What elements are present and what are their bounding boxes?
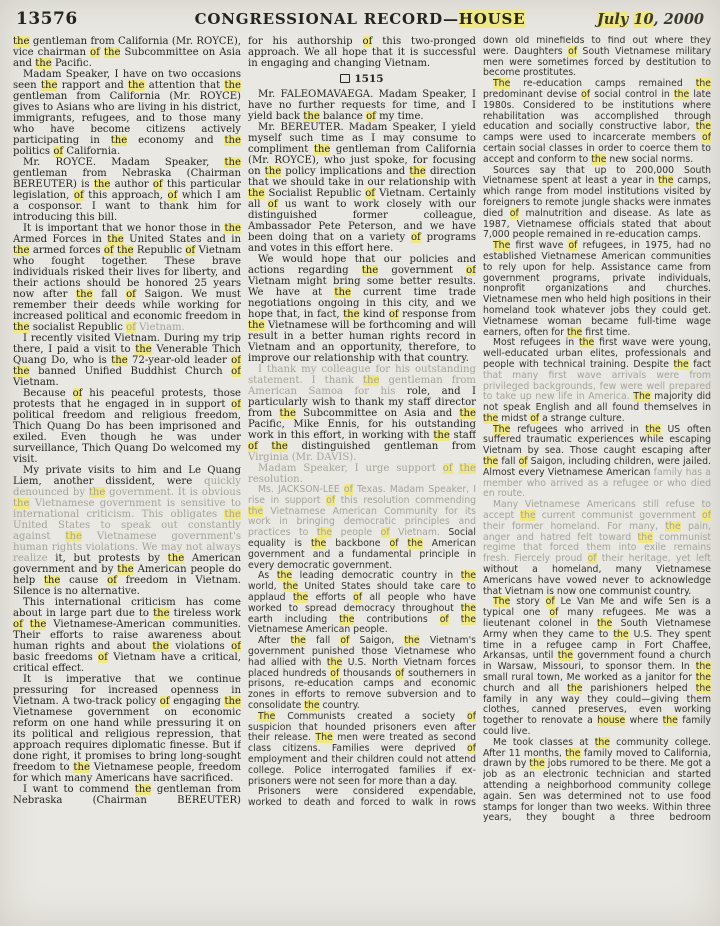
search-highlight: the (13, 36, 30, 47)
search-highlight: the (339, 614, 354, 625)
search-highlight: of (126, 289, 136, 300)
search-highlight: the (645, 424, 660, 435)
search-highlight: the (152, 641, 169, 652)
search-highlight: the (461, 603, 476, 614)
search-highlight: The (258, 711, 275, 722)
paragraph: Most refugees in the first wave were you… (483, 338, 711, 424)
search-highlight: of (73, 388, 83, 399)
paragraph: Mr. ROYCE. Madam Speaker, the gentleman … (13, 157, 241, 223)
paragraph: Mr. FALEOMAVAEGA. Madam Speaker, I have … (248, 89, 476, 122)
search-highlight: of (353, 592, 362, 603)
search-highlight: the (291, 635, 306, 646)
search-highlight: of (440, 614, 449, 625)
search-highlight: The (493, 78, 510, 89)
search-highlight: of (466, 265, 476, 276)
search-highlight: the (224, 135, 241, 146)
search-highlight: of (231, 399, 241, 410)
search-highlight: of (248, 441, 258, 452)
search-highlight: The (493, 240, 510, 251)
paragraph: Mr. BEREUTER. Madam Speaker, I yield mys… (248, 122, 476, 254)
paragraph: The first wave of refugees, in 1975, had… (483, 241, 711, 338)
faded-scan-text: quickly denounced by the government. It … (13, 476, 241, 564)
paragraph: Many Vietnamese Americans still refuse t… (483, 500, 711, 597)
text-columns: the gentleman from California (Mr. ROYCE… (0, 34, 720, 920)
search-highlight: the (107, 234, 124, 245)
search-highlight: the (283, 581, 298, 592)
search-highlight: the (613, 629, 628, 640)
search-highlight: the (111, 135, 128, 146)
paragraph: The re-education camps remained the pred… (483, 79, 711, 165)
search-highlight: of (568, 240, 577, 251)
search-highlight: the (94, 179, 111, 190)
search-highlight: of (268, 199, 278, 210)
search-highlight: of (443, 463, 453, 474)
paragraph: I thank my colleague for his outstanding… (248, 364, 476, 463)
paragraph: Madam Speaker, I have on two occasions s… (13, 69, 241, 157)
search-highlight: of (549, 607, 558, 618)
search-highlight: the (483, 413, 498, 424)
search-highlight: the (696, 121, 711, 132)
search-highlight: the (224, 509, 241, 520)
search-highlight: the (597, 618, 612, 629)
faded-scan-text: of Vietnam. (126, 322, 185, 333)
search-highlight: of (53, 146, 63, 157)
search-highlight: the (279, 408, 296, 419)
search-highlight: the (35, 58, 52, 69)
search-highlight: the (44, 575, 61, 586)
search-highlight: the (658, 175, 673, 186)
paragraph: The refugees who arrived in the US often… (483, 425, 711, 501)
search-highlight: the (696, 661, 711, 672)
paragraph: As the leading democratic country in the… (248, 571, 476, 636)
search-highlight: the (13, 322, 30, 333)
search-highlight: of (366, 111, 376, 122)
search-highlight: the (248, 188, 265, 199)
search-highlight: of (330, 668, 339, 679)
search-highlight: the (558, 650, 573, 661)
search-highlight: of (185, 245, 195, 256)
faded-scan-text: that many first wave arrivals were from … (483, 370, 711, 403)
search-highlight: of (90, 47, 100, 58)
search-highlight: the (117, 564, 134, 575)
paragraph: The Communists created a society of susp… (248, 712, 476, 788)
search-highlight: the (567, 327, 582, 338)
paragraph: Me took classes at the community college… (483, 738, 711, 824)
search-highlight: the (248, 506, 263, 517)
issue-date: July 10, 2000 (540, 11, 704, 28)
search-highlight: the (674, 359, 689, 370)
search-highlight: the (111, 355, 128, 366)
paragraph: I recently visited Vietnam. During my tr… (13, 333, 241, 388)
search-highlight: of (74, 190, 84, 201)
search-highlight: house (597, 715, 625, 726)
search-highlight: the (363, 375, 380, 386)
search-highlight: the (224, 80, 241, 91)
search-highlight: the (104, 47, 121, 58)
paragraph: for his authorship of this two-pronged a… (248, 36, 476, 69)
search-highlight: of (363, 36, 373, 47)
search-highlight: the (277, 570, 292, 581)
paragraph: We would hope that our policies and acti… (248, 254, 476, 364)
search-highlight: the (334, 287, 351, 298)
congressional-record-page: 13576 CONGRESSIONAL RECORD—HOUSE July 10… (0, 0, 720, 926)
search-highlight: of (231, 366, 241, 377)
search-highlight: of (390, 538, 399, 549)
search-highlight: The (493, 596, 510, 607)
search-highlight: of (340, 635, 349, 646)
search-highlight: the (89, 487, 106, 498)
search-highlight: the (638, 532, 653, 543)
search-highlight: the (224, 157, 241, 168)
search-highlight: the (327, 657, 342, 668)
search-highlight: the (304, 700, 319, 711)
paragraph: Ms. JACKSON-LEE of Texas. Madam Speaker,… (248, 485, 476, 571)
paragraph: down old minefields to find out where th… (483, 36, 711, 79)
column-3: down old minefields to find out where th… (483, 36, 711, 920)
search-highlight: of (344, 484, 353, 495)
search-highlight: of (326, 495, 335, 506)
search-highlight: of (381, 527, 390, 538)
search-highlight: of (546, 596, 555, 607)
search-highlight: of (702, 510, 711, 521)
search-highlight: the (459, 463, 476, 474)
paragraph: I want to commend the gentleman from Neb… (13, 784, 241, 806)
search-highlight: the (224, 696, 241, 707)
search-highlight: the (565, 748, 580, 759)
search-highlight: of (160, 696, 170, 707)
search-highlight: the (265, 166, 282, 177)
column-2: for his authorship of this two-pronged a… (248, 36, 476, 920)
search-highlight: the (128, 80, 145, 91)
search-highlight: the (13, 366, 30, 377)
faded-scan-text: Ms. JACKSON-LEE of Texas. Madam Speaker,… (248, 484, 476, 538)
search-highlight: of (389, 309, 399, 320)
paragraph: This international criticism has come ab… (13, 597, 241, 674)
search-highlight: the (13, 498, 30, 509)
search-highlight: the (311, 538, 326, 549)
search-highlight: the (117, 245, 134, 256)
search-highlight: of (126, 322, 136, 333)
search-highlight: the (13, 245, 30, 256)
page-header: 13576 CONGRESSIONAL RECORD—HOUSE July 10… (0, 0, 720, 34)
search-highlight: The (315, 732, 332, 743)
search-highlight: the (135, 784, 152, 795)
search-highlight: the (520, 510, 535, 521)
search-highlight: the (696, 683, 711, 694)
faded-scan-text: Virginia (Mr. DAVIS). (248, 452, 356, 463)
search-highlight: the (696, 78, 711, 89)
search-highlight: the (293, 592, 308, 603)
search-highlight: of (168, 190, 178, 201)
search-highlight: the (317, 527, 332, 538)
search-highlight: the (674, 89, 689, 100)
search-highlight: of (365, 188, 375, 199)
search-highlight: the (579, 337, 594, 348)
search-highlight: the (135, 344, 152, 355)
search-highlight: the (567, 683, 582, 694)
search-highlight: the (303, 111, 320, 122)
search-highlight: the (407, 538, 422, 549)
search-highlight: the (76, 289, 93, 300)
search-highlight: the (248, 320, 265, 331)
search-highlight: the (65, 531, 82, 542)
search-highlight: the (595, 737, 610, 748)
search-highlight: of (530, 413, 539, 424)
paragraph: After the fall of Saigon, the Vietnam's … (248, 636, 476, 712)
faded-scan-text: Madam Speaker, I urge support of the res… (248, 463, 476, 485)
search-highlight: the (404, 635, 419, 646)
paragraph: It is imperative that we continue pressu… (13, 674, 241, 784)
date-day: 10 (633, 11, 653, 28)
search-highlight: of (107, 575, 117, 586)
masthead-section: HOUSE (459, 10, 526, 28)
search-highlight: the (665, 521, 680, 532)
search-highlight: of (467, 711, 476, 722)
search-highlight: the (461, 614, 476, 625)
search-highlight: the (224, 223, 241, 234)
search-highlight: the (459, 408, 476, 419)
page-number: 13576 (16, 9, 180, 29)
search-highlight: of (510, 208, 519, 219)
search-highlight: the (483, 456, 498, 467)
search-highlight: the (591, 154, 606, 165)
search-highlight: of (231, 355, 241, 366)
search-highlight: the (433, 430, 450, 441)
search-highlight: the (696, 672, 711, 683)
masthead-title: CONGRESSIONAL RECORD— (195, 10, 459, 28)
search-highlight: the (529, 758, 544, 769)
paragraph: The story of Le Van Me and wife Sen is a… (483, 597, 711, 737)
paragraph: It is important that we honor those in t… (13, 223, 241, 333)
search-highlight: of (467, 743, 476, 754)
faded-scan-text: family has a member who arrived as a ref… (483, 467, 711, 500)
search-highlight: of (568, 46, 577, 57)
search-highlight: of (13, 619, 23, 630)
search-highlight: The (633, 391, 650, 402)
time-marker: 1515 (248, 74, 476, 85)
search-highlight: of (411, 232, 421, 243)
paragraph: Madam Speaker, I urge support of the res… (248, 463, 476, 485)
paragraph: the gentleman from California (Mr. ROYCE… (13, 36, 241, 69)
paragraph: Because of his peaceful protests, those … (13, 388, 241, 465)
search-highlight: the (73, 762, 90, 773)
paragraph: Sources say that up to 200,000 South Vie… (483, 166, 711, 242)
search-highlight: of (104, 245, 114, 256)
column-1: the gentleman from California (Mr. ROYCE… (13, 36, 241, 920)
search-highlight: of (702, 132, 711, 143)
search-highlight: the (461, 570, 476, 581)
search-highlight: the (314, 144, 331, 155)
search-highlight: of (395, 668, 404, 679)
search-highlight: the (343, 309, 360, 320)
search-highlight: of (581, 89, 590, 100)
faded-scan-text: Many Vietnamese Americans still refuse t… (483, 499, 711, 564)
search-highlight: the (41, 80, 58, 91)
masthead: CONGRESSIONAL RECORD—HOUSE (180, 10, 540, 28)
faded-scan-text: I thank my colleague for his outstanding… (248, 364, 476, 397)
search-highlight: of (98, 652, 108, 663)
search-highlight: of (519, 456, 528, 467)
open-square-icon (340, 74, 350, 83)
search-highlight: The (493, 424, 510, 435)
search-highlight: the (168, 553, 185, 564)
paragraph: My private visits to him and Le Quang Li… (13, 465, 241, 597)
search-highlight: of (231, 641, 241, 652)
paragraph: Prisoners were considered expendable, wo… (248, 787, 476, 809)
search-highlight: of (588, 553, 597, 564)
search-highlight: the (153, 608, 170, 619)
date-month: July (597, 11, 628, 28)
search-highlight: the (271, 441, 288, 452)
search-highlight: of (153, 179, 163, 190)
search-highlight: the (30, 619, 47, 630)
search-highlight: the (663, 715, 678, 726)
date-year: , 2000 (654, 11, 704, 28)
search-highlight: the (409, 166, 426, 177)
search-highlight: the (362, 265, 379, 276)
